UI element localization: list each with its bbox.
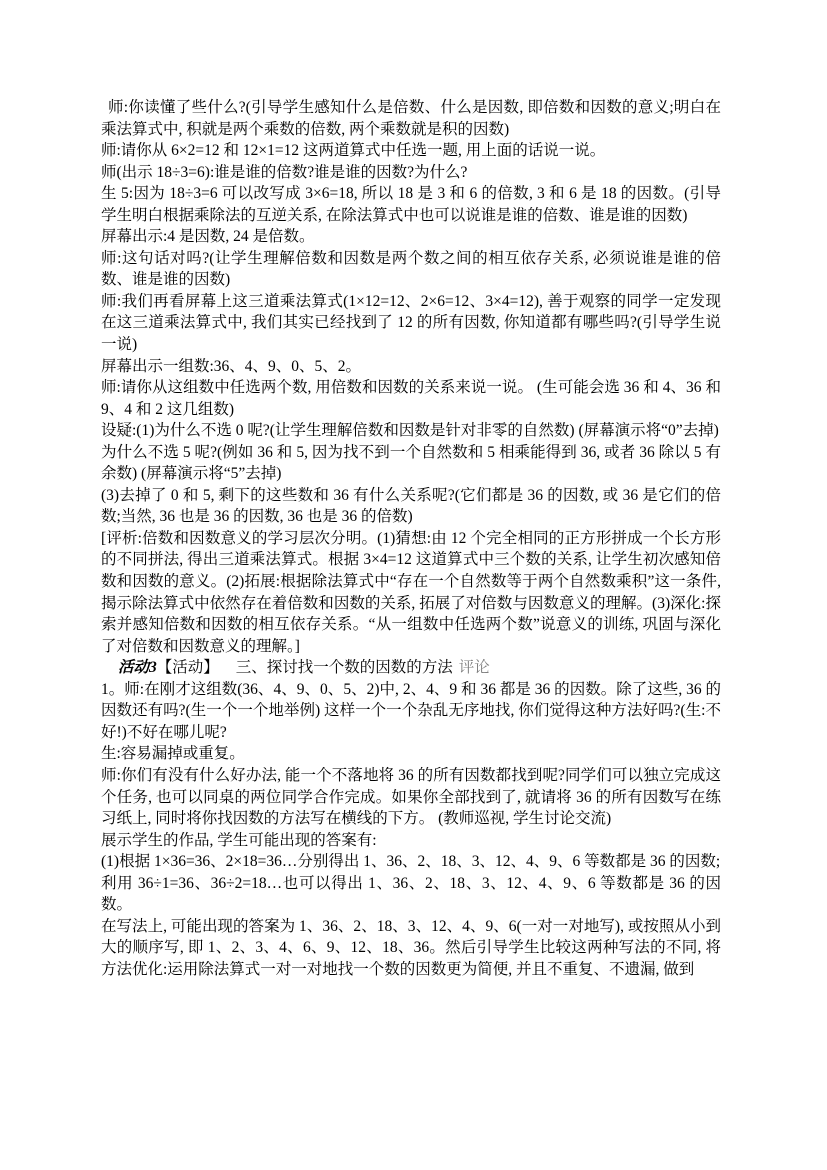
- paragraph: 利用 36÷1=36、36÷2=18…也可以得出 1、36、2、18、3、12、…: [101, 873, 721, 916]
- paragraph: 在写法上, 可能出现的答案为 1、36、2、18、3、12、4、9、6(一对一对…: [101, 916, 721, 981]
- paragraph: 展示学生的作品, 学生可能出现的答案有:: [101, 830, 721, 852]
- paragraph: 师:请你从 6×2=12 和 12×1=12 这两道算式中任选一题, 用上面的话…: [101, 140, 721, 162]
- comment-link[interactable]: 评论: [453, 659, 490, 676]
- commentary-paragraph: [评析:倍数和因数意义的学习层次分明。(1)猜想:由 12 个完全相同的正方形拼…: [101, 528, 721, 657]
- paragraph: 师:这句话对吗?(让学生理解倍数和因数是两个数之间的相互依存关系, 必须说谁是谁…: [101, 248, 721, 291]
- activity-number-label: 活动3: [118, 659, 157, 676]
- paragraph: 为什么不选 5 呢?(例如 36 和 5, 因为找不到一个自然数和 5 相乘能得…: [101, 442, 721, 485]
- paragraph: (1)根据 1×36=36、2×18=36…分别得出 1、36、2、18、3、1…: [101, 851, 721, 873]
- paragraph: 生 5:因为 18÷3=6 可以改写成 3×6=18, 所以 18 是 3 和 …: [101, 183, 721, 226]
- activity-title: 三、探讨找一个数的因数的方法: [236, 659, 453, 676]
- paragraph: 师:你们有没有什么好办法, 能一个不落地将 36 的所有因数都找到呢?同学们可以…: [101, 765, 721, 830]
- activity-heading: 活动3【活动】三、探讨找一个数的因数的方法评论: [101, 657, 721, 679]
- paragraph: 师(出示 18÷3=6):谁是谁的倍数?谁是谁的因数?为什么?: [101, 162, 721, 184]
- paragraph: 师:请你从这组数中任选两个数, 用倍数和因数的关系来说一说。 (生可能会选 36…: [101, 377, 721, 420]
- document-page: 师:你读懂了些什么?(引导学生感知什么是倍数、什么是因数, 即倍数和因数的意义;…: [0, 0, 827, 1170]
- paragraph: 屏幕出示:4 是因数, 24 是倍数。: [101, 226, 721, 248]
- paragraph: 设疑:(1)为什么不选 0 呢?(让学生理解倍数和因数是针对非零的自然数) (屏…: [101, 420, 721, 442]
- paragraph: 师:我们再看屏幕上这三道乘法算式(1×12=12、2×6=12、3×4=12),…: [101, 291, 721, 356]
- lesson-plan-text: 师:你读懂了些什么?(引导学生感知什么是倍数、什么是因数, 即倍数和因数的意义;…: [101, 97, 721, 980]
- paragraph: (3)去掉了 0 和 5, 剩下的这些数和 36 有什么关系呢?(它们都是 36…: [101, 485, 721, 528]
- paragraph: 屏幕出示一组数:36、4、9、0、5、2。: [101, 356, 721, 378]
- paragraph: 生:容易漏掉或重复。: [101, 743, 721, 765]
- activity-bracket-label: 【活动】: [157, 659, 219, 676]
- paragraph: 师:你读懂了些什么?(引导学生感知什么是倍数、什么是因数, 即倍数和因数的意义;…: [101, 97, 721, 140]
- paragraph: 1。师:在刚才这组数(36、4、9、0、5、2)中, 2、4、9 和 36 都是…: [101, 679, 721, 744]
